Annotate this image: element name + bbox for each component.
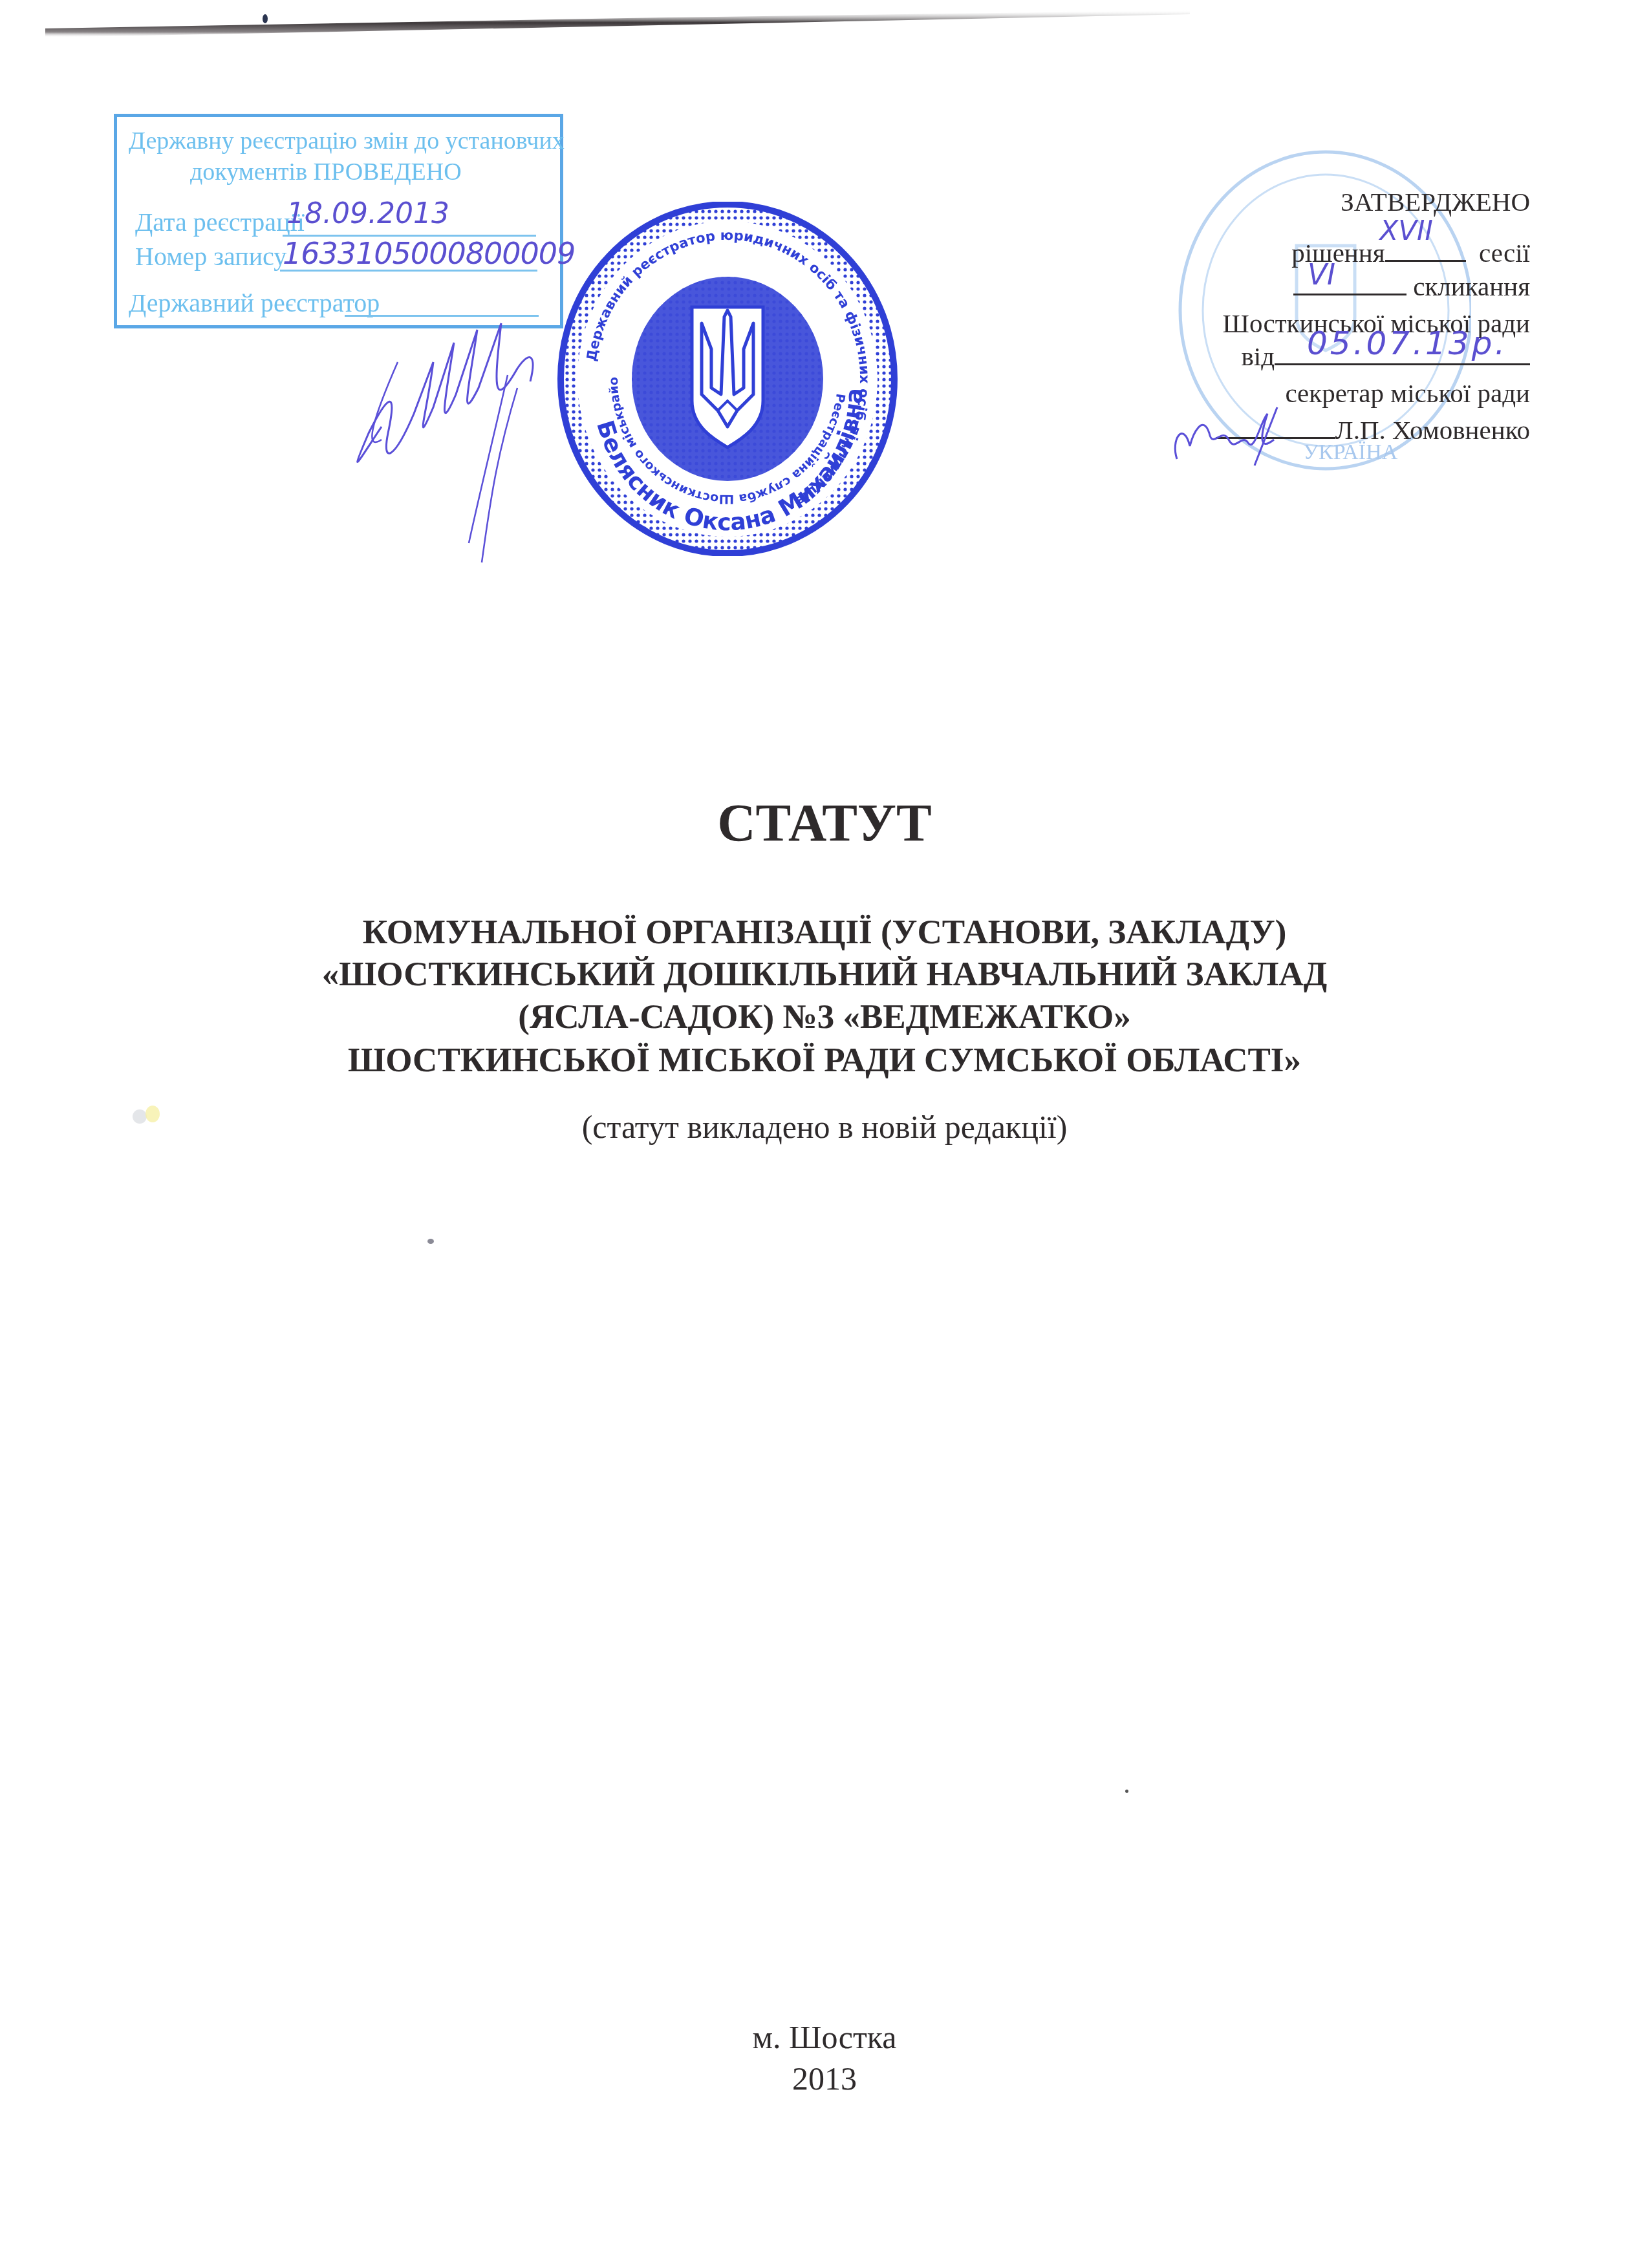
scan-speck [1125, 1790, 1128, 1793]
approval-heading: ЗАТВЕРДЖЕНО [1341, 189, 1530, 215]
registration-record-value: 1633105000800009 [283, 239, 575, 268]
scan-speck [263, 14, 268, 23]
approval-date-line: від05.07.13р. [1241, 339, 1530, 370]
secretary-label: секретар міської ради [1285, 380, 1530, 407]
secretary-name: Л.П. Хомовненко [1335, 415, 1530, 445]
decision-label: рішення [1291, 238, 1385, 268]
document-title: СТАТУТ [0, 797, 1649, 850]
registration-stamp-line1: Державну реєстрацію змін до установчих [129, 129, 565, 153]
title-line-4: ШОСТКИНСЬКОЇ МІСЬКОЇ РАДИ СУМСЬКОЇ ОБЛАС… [0, 1043, 1649, 1078]
registration-stamp-line2: документів ПРОВЕДЕНО [190, 160, 462, 184]
registration-date-label: Дата реєстрації [135, 209, 305, 235]
registration-record-label: Номер запису [135, 244, 286, 270]
trident-icon [692, 307, 763, 447]
session-label: сесії [1479, 238, 1530, 268]
convocation-number-value: VI [1308, 261, 1335, 290]
footer-year: 2013 [0, 2062, 1649, 2095]
scan-speck [427, 1239, 434, 1244]
approval-date-field: 05.07.13р. [1275, 339, 1530, 365]
session-number-field: XVII [1385, 237, 1466, 262]
registration-date-value: 18.09.2013 [286, 200, 449, 228]
document-subtitle: (статут викладено в новій редакції) [0, 1111, 1649, 1143]
title-line-3: (ЯСЛА-САДОК) №3 «ВЕДМЕЖАТКО» [0, 1000, 1649, 1034]
scan-edge-artifact [45, 9, 1190, 37]
convocation-label: скликання [1413, 272, 1530, 301]
convocation-number-field: VI [1293, 270, 1406, 295]
title-line-1: КОМУНАЛЬНОЇ ОРГАНІЗАЦІЇ (УСТАНОВИ, ЗАКЛА… [0, 915, 1649, 950]
registrar-round-stamp: Державний реєстратор юридичних осіб та ф… [557, 202, 898, 556]
session-number-value: XVII [1380, 217, 1433, 244]
approval-date-value: 05.07.13р. [1307, 327, 1507, 359]
secretary-signature [1164, 394, 1313, 472]
approval-date-label: від [1241, 341, 1275, 371]
approval-convocation-line: VI скликання [1293, 270, 1530, 300]
footer-city: м. Шостка [0, 2021, 1649, 2053]
title-line-2: «ШОСТКИНСЬКИЙ ДОШКІЛЬНИЙ НАВЧАЛЬНИЙ ЗАКЛ… [0, 957, 1649, 992]
